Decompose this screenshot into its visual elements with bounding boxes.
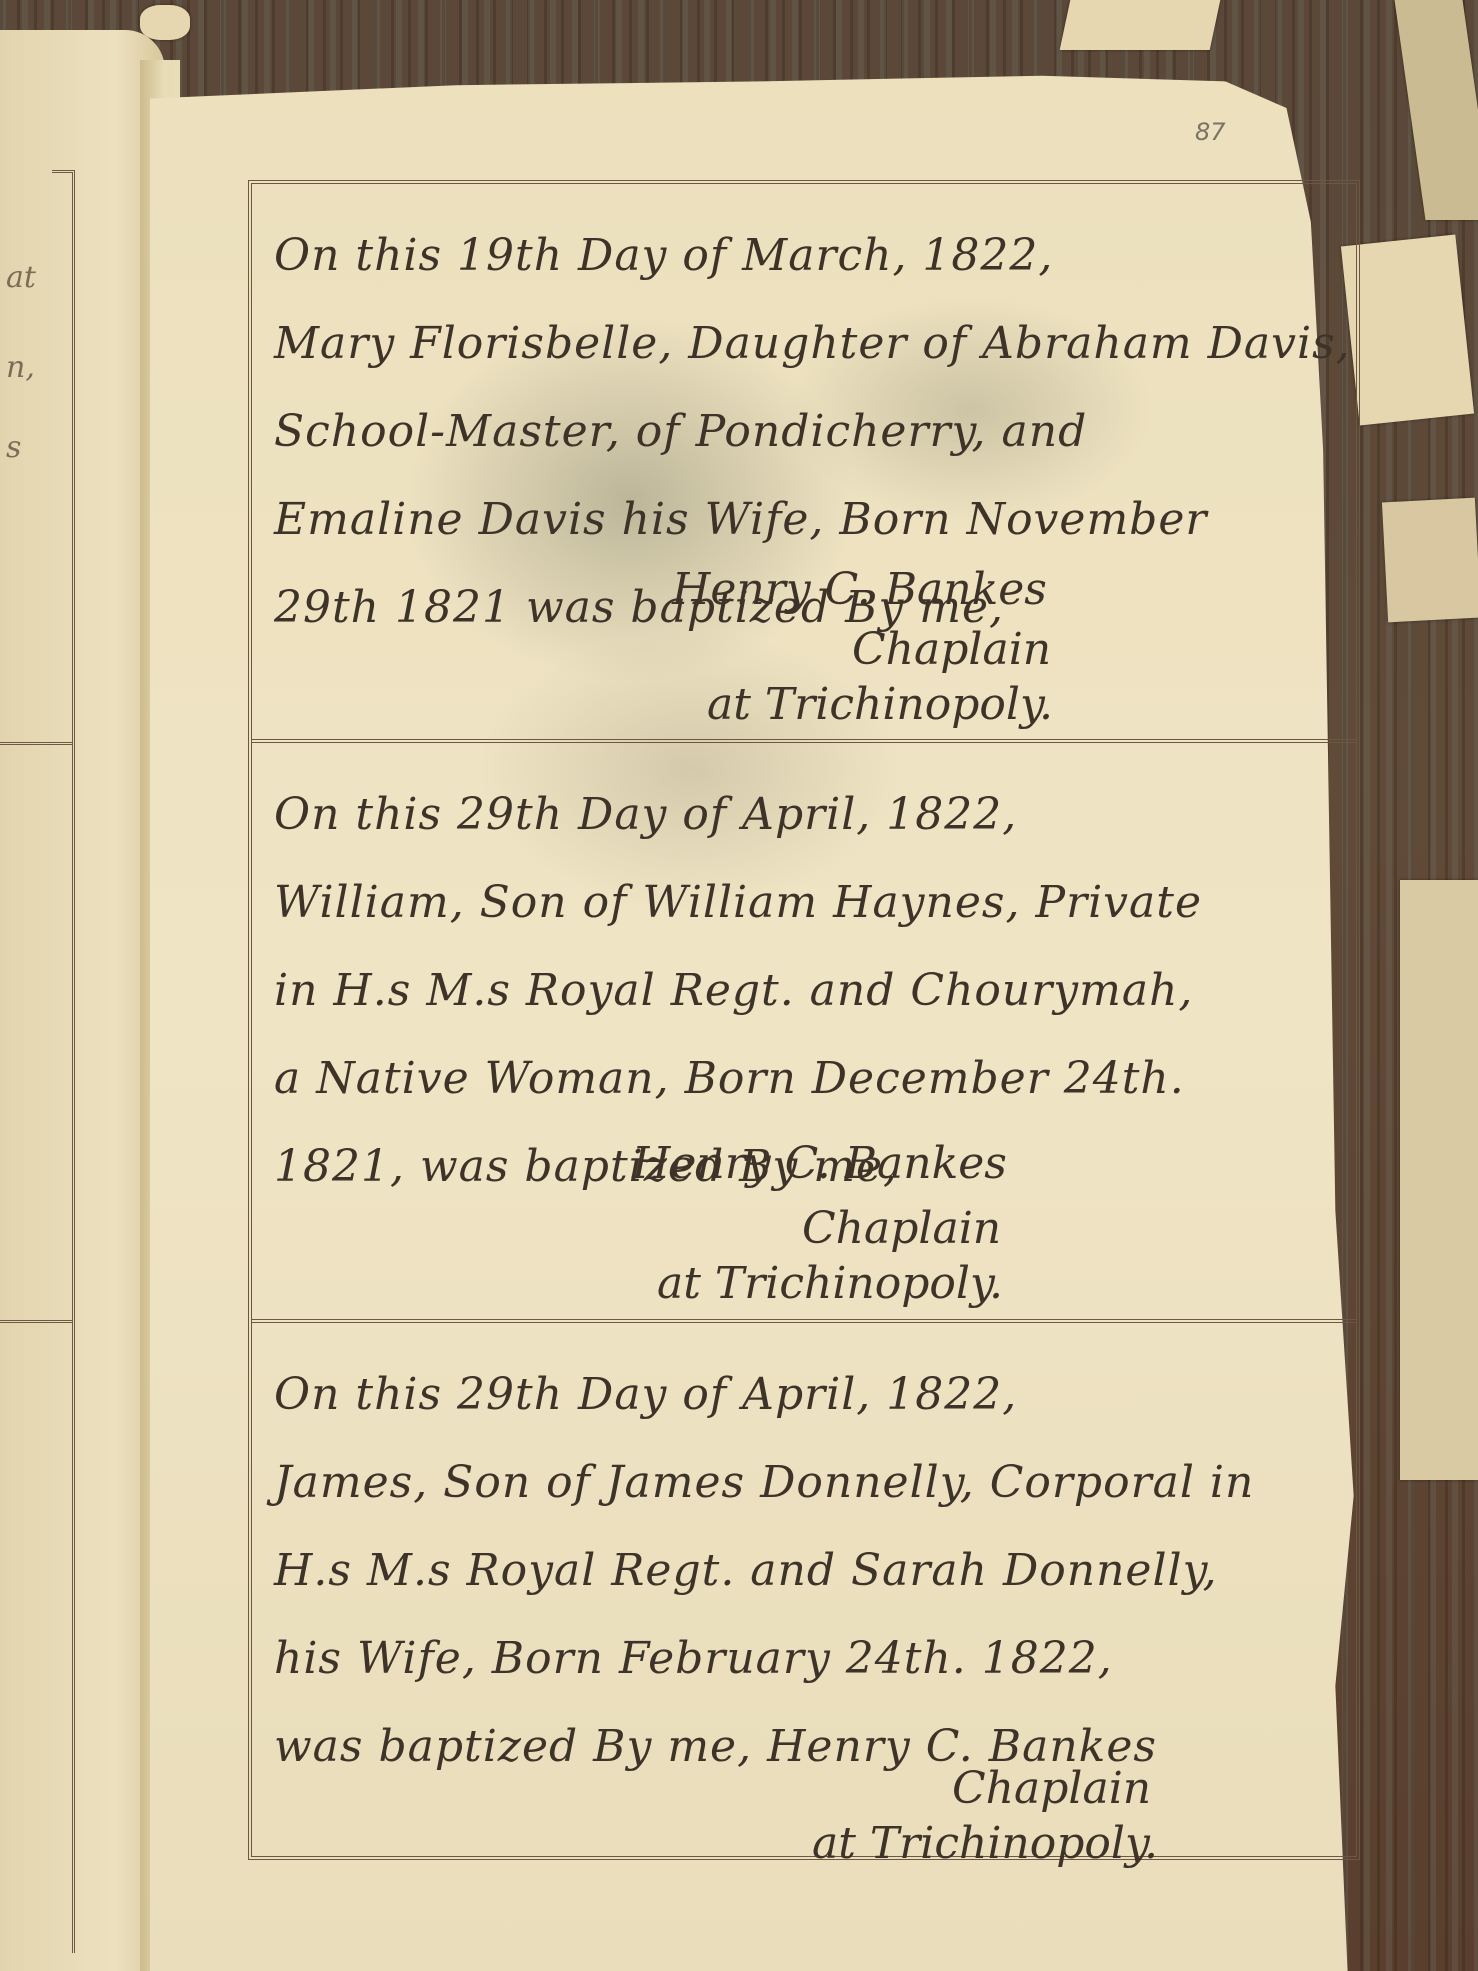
signature-place: at Trichinopoly. [707, 679, 1053, 730]
entry-line: H.s M.s Royal Regt. and Sarah Donnelly, [274, 1527, 1328, 1615]
left-page-rule [52, 170, 75, 1953]
paper-scrap [1341, 234, 1474, 425]
entry-line: On this 29th Day of April, 1822, [274, 771, 1328, 859]
baptism-entry: On this 19th Day of March, 1822, Mary Fl… [252, 184, 1356, 739]
page-number: 87 [1195, 118, 1226, 146]
left-page-text: at [6, 260, 36, 295]
baptism-entry: On this 29th Day of April, 1822, William… [252, 739, 1356, 1319]
entry-line: a Native Woman, Born December 24th. [274, 1035, 1328, 1123]
entry-line: was baptized By me, Henry C. Bankes [274, 1703, 1328, 1791]
paper-scrap [1382, 498, 1478, 623]
signature-title: Chaplain [952, 1763, 1151, 1814]
entry-line: William, Son of William Haynes, Private [274, 859, 1328, 947]
signature-title: Chaplain [802, 1203, 1001, 1254]
entry-line: Emaline Davis his Wife, Born November [274, 476, 1328, 564]
signature-place: at Trichinopoly. [657, 1258, 1003, 1309]
signature-title: Chaplain [852, 624, 1051, 675]
entry-line: On this 19th Day of March, 1822, [274, 212, 1328, 300]
entry-line: Mary Florisbelle, Daughter of Abraham Da… [274, 300, 1328, 388]
left-page-divider [0, 742, 72, 745]
left-page-divider [0, 1320, 72, 1323]
paper-scrap [1060, 0, 1221, 50]
paper-scrap [140, 5, 190, 40]
entry-line: James, Son of James Donnelly, Corporal i… [274, 1439, 1328, 1527]
signature-name: Henry C. Bankes [672, 564, 1047, 615]
paper-scrap [1400, 880, 1478, 1480]
baptism-entry: On this 29th Day of April, 1822, James, … [252, 1319, 1356, 1856]
signature-place: at Trichinopoly. [812, 1818, 1158, 1869]
entry-line: his Wife, Born February 24th. 1822, [274, 1615, 1328, 1703]
left-page-text: n, [6, 350, 35, 385]
entry-line: School-Master, of Pondicherry, and [274, 388, 1328, 476]
entry-line: On this 29th Day of April, 1822, [274, 1351, 1328, 1439]
signature-name: Henry C. Bankes [632, 1138, 1007, 1189]
left-page-text: s [6, 430, 21, 465]
register-frame: On this 19th Day of March, 1822, Mary Fl… [248, 180, 1360, 1860]
entry-line: in H.s M.s Royal Regt. and Chourymah, [274, 947, 1328, 1035]
